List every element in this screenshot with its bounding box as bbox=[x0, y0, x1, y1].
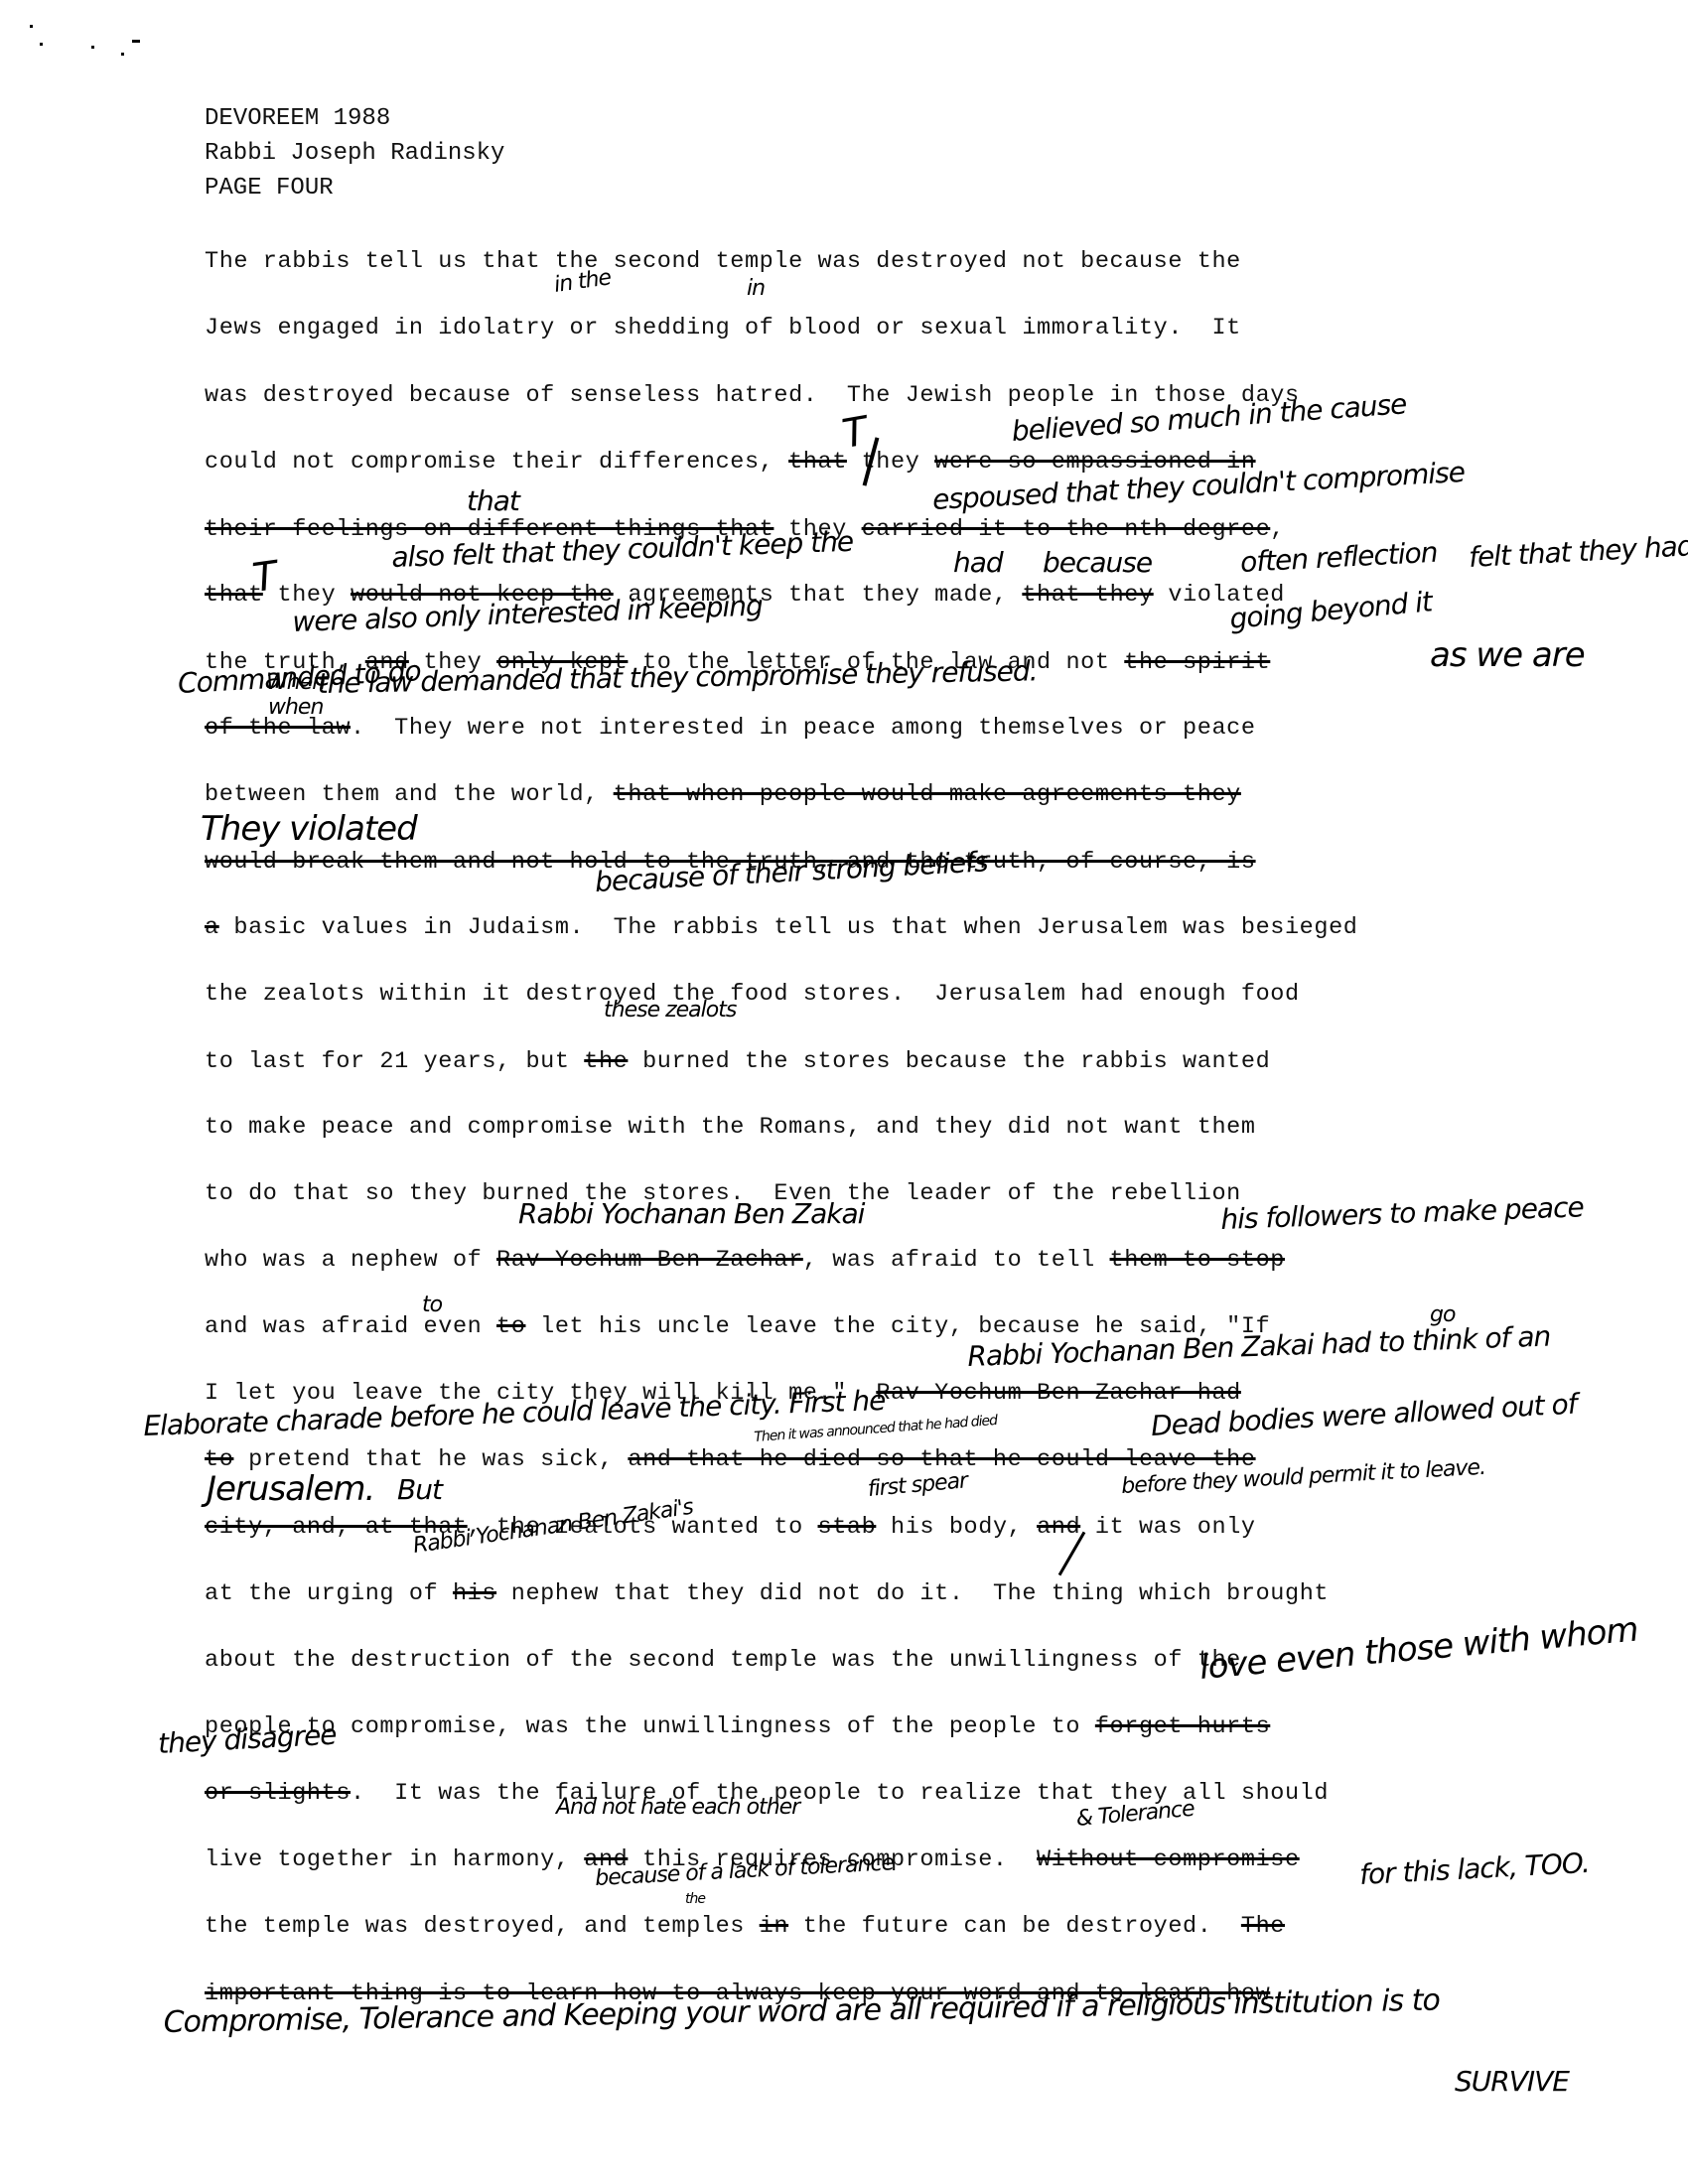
struck-text: Rav Yochum Ben Zachar bbox=[496, 1247, 803, 1274]
line-text: basic values in Judaism. The rabbis tell… bbox=[219, 914, 1358, 941]
struck-text: a bbox=[205, 914, 219, 941]
struck-text: the bbox=[584, 1048, 628, 1075]
struck-text: Without compromise bbox=[1037, 1846, 1300, 1873]
handwritten-note-they-disagree: they disagree bbox=[157, 1718, 337, 1760]
scan-speck bbox=[30, 25, 33, 28]
handwritten-note-first-spear: first spear bbox=[867, 1468, 968, 1502]
handwritten-note-the: the bbox=[685, 1891, 705, 1907]
line-text: it was only bbox=[1080, 1514, 1255, 1541]
handwritten-note-rabbi-yochanan: Rabbi Yochanan Ben Zakai bbox=[518, 1197, 864, 1230]
typed-line: who was a nephew of Rav Yochum Ben Zacha… bbox=[205, 1247, 1285, 1274]
document-page: DEVOREEM 1988 Rabbi Joseph Radinsky PAGE… bbox=[0, 0, 1688, 2184]
line-text: was destroyed because of senseless hatre… bbox=[205, 382, 1300, 409]
handwritten-note-and-not-hate: And not hate each other bbox=[556, 1795, 799, 1820]
line-text: between them and the world, bbox=[205, 781, 614, 808]
scan-speck bbox=[91, 46, 94, 49]
struck-text: and bbox=[1037, 1514, 1080, 1541]
document-title: DEVOREEM 1988 bbox=[205, 105, 390, 132]
line-text: Jews engaged in idolatry or shedding of … bbox=[205, 315, 1241, 341]
line-text: , was afraid to tell bbox=[803, 1247, 1110, 1274]
handwritten-note-jerusalem: Jerusalem. bbox=[207, 1469, 374, 1509]
handwritten-note-these-zealots: these zealots bbox=[604, 998, 736, 1023]
handwritten-note-for-this-lack: for this lack, TOO. bbox=[1358, 1846, 1590, 1891]
handwritten-note-survive: SURVIVE bbox=[1455, 2065, 1569, 2098]
struck-text: and that he died so that he could leave … bbox=[628, 1446, 1255, 1473]
scan-speck bbox=[132, 40, 140, 43]
line-text: his body, bbox=[876, 1514, 1037, 1541]
typed-line: people to compromise, was the unwillingn… bbox=[205, 1713, 1270, 1740]
typed-line: of the law. They were not interested in … bbox=[205, 715, 1256, 742]
handwritten-note-that: that bbox=[467, 484, 519, 517]
line-text: . They were not interested in peace amon… bbox=[351, 715, 1256, 742]
handwritten-note-because: because bbox=[1043, 546, 1152, 579]
struck-text: that when people would make agreements t… bbox=[614, 781, 1241, 808]
handwritten-note-had: had bbox=[953, 546, 1003, 579]
typed-line: to last for 21 years, but the burned the… bbox=[205, 1048, 1270, 1075]
line-text: , bbox=[1270, 516, 1285, 543]
document-author: Rabbi Joseph Radinsky bbox=[205, 140, 504, 167]
handwritten-note-in: in bbox=[747, 276, 765, 301]
handwritten-note-they-2: T bbox=[250, 553, 280, 602]
handwritten-note-followers: his followers to make peace bbox=[1220, 1190, 1584, 1236]
struck-text: or slights bbox=[205, 1780, 351, 1807]
page-label: PAGE FOUR bbox=[205, 175, 334, 202]
struck-text: forget hurts bbox=[1095, 1713, 1270, 1740]
scan-speck bbox=[40, 43, 43, 46]
typed-line: between them and the world, that when pe… bbox=[205, 781, 1241, 808]
typed-line: at the urging of his nephew that they di… bbox=[205, 1580, 1329, 1607]
line-text: burned the stores because the rabbis wan… bbox=[628, 1048, 1270, 1075]
typed-line: could not compromise their differences, … bbox=[205, 449, 1256, 476]
line-text: and was afraid even bbox=[205, 1313, 496, 1340]
line-text: live together in harmony, bbox=[205, 1846, 584, 1873]
struck-text: his bbox=[453, 1580, 496, 1607]
typed-line: the zealots within it destroyed the food… bbox=[205, 981, 1300, 1008]
struck-text: in bbox=[760, 1913, 788, 1940]
line-text: could not compromise their differences, bbox=[205, 449, 788, 476]
typed-line: city, and, at that, the zealots wanted t… bbox=[205, 1514, 1256, 1541]
handwritten-note-to: to bbox=[422, 1293, 442, 1317]
struck-text: carried it to the nth degree bbox=[862, 516, 1271, 543]
struck-text: the spirit bbox=[1124, 649, 1270, 676]
line-text: The rabbis tell us that the second templ… bbox=[205, 248, 1241, 275]
scan-speck bbox=[121, 53, 124, 56]
handwritten-note-love-even: love even those with whom bbox=[1198, 1610, 1640, 1688]
handwritten-note-they-violated: They violated bbox=[201, 809, 417, 849]
handwritten-note-as-we-are: as we are bbox=[1430, 635, 1585, 675]
handwritten-note-felt-that: felt that they had bbox=[1468, 529, 1688, 574]
struck-text: that bbox=[788, 449, 847, 476]
handwritten-note-when-2: when bbox=[268, 695, 323, 720]
line-text: who was a nephew of bbox=[205, 1247, 496, 1274]
line-text: the temple was destroyed, and temples bbox=[205, 1913, 760, 1940]
struck-text: them to stop bbox=[1110, 1247, 1285, 1274]
typed-line: about the destruction of the second temp… bbox=[205, 1647, 1241, 1674]
typed-line: was destroyed because of senseless hatre… bbox=[205, 382, 1300, 409]
line-text: about the destruction of the second temp… bbox=[205, 1647, 1241, 1674]
struck-text: The bbox=[1241, 1913, 1285, 1940]
line-text: people to compromise, was the unwillingn… bbox=[205, 1713, 1095, 1740]
struck-text: that they bbox=[1022, 582, 1153, 609]
handwritten-note-but: But bbox=[397, 1473, 442, 1506]
struck-text: to bbox=[496, 1313, 525, 1340]
line-text: at the urging of bbox=[205, 1580, 453, 1607]
struck-text: Rav Yochum Ben Zachar had bbox=[876, 1380, 1241, 1407]
line-text: the zealots within it destroyed the food… bbox=[205, 981, 1300, 1008]
line-text: to make peace and compromise with the Ro… bbox=[205, 1114, 1256, 1141]
typed-line: The rabbis tell us that the second templ… bbox=[205, 248, 1241, 275]
typed-line: a basic values in Judaism. The rabbis te… bbox=[205, 914, 1357, 941]
line-text: to last for 21 years, but bbox=[205, 1048, 584, 1075]
typed-line: Jews engaged in idolatry or shedding of … bbox=[205, 315, 1241, 341]
handwritten-note-when-1: When bbox=[266, 670, 325, 695]
struck-text: stab bbox=[818, 1514, 877, 1541]
typed-line: to make peace and compromise with the Ro… bbox=[205, 1114, 1256, 1141]
line-text: nephew that they did not do it. The thin… bbox=[496, 1580, 1329, 1607]
typed-line: the temple was destroyed, and temples in… bbox=[205, 1913, 1285, 1940]
line-text: the future can be destroyed. bbox=[788, 1913, 1241, 1940]
